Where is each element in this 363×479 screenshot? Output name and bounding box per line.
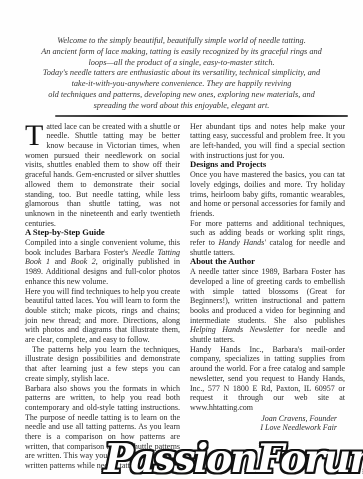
paragraph-text: atted lace can be created with a shuttle…: [25, 122, 180, 228]
signature-block: Joan Cravens, FounderI Love Needlework F…: [190, 414, 345, 433]
book-title: Book 2: [71, 257, 96, 266]
body-paragraph: Compiled into a single convenient volume…: [25, 238, 180, 287]
body-paragraph: The patterns help you learn the techniqu…: [25, 345, 180, 384]
body-paragraph: For more patterns and additional techniq…: [190, 219, 345, 258]
paragraph-text: and: [50, 257, 71, 266]
body-paragraph: Handy Hands Inc., Barbara's mail-order c…: [190, 345, 345, 413]
newsletter-name: Helping Hands Newsletter: [190, 325, 284, 334]
left-column: Tatted lace can be created with a shuttl…: [25, 122, 180, 471]
section-heading-step-by-step-guide: A Step-by-Step Guide: [25, 228, 180, 238]
section-heading-about-the-author: About the Author: [190, 257, 345, 267]
scanned-book-page: Welcome to the simply beautiful, beautif…: [0, 0, 363, 479]
signature-title: I Love Needlework Fair: [190, 423, 337, 433]
body-paragraph: Once you have mastered the basics, you c…: [190, 170, 345, 219]
right-column: Her abundant tips and notes help make yo…: [190, 122, 345, 471]
catalog-name: Handy Hands': [218, 238, 265, 247]
drop-cap: T: [25, 122, 46, 149]
signature-name: Joan Cravens, Founder: [190, 414, 337, 424]
section-divider-rule: [55, 115, 348, 117]
body-paragraph: Her abundant tips and notes help make yo…: [190, 122, 345, 161]
two-column-body: Tatted lace can be created with a shuttl…: [25, 122, 345, 471]
watermark-text: PassionForum.ru: [104, 436, 363, 479]
intro-quote: Welcome to the simply beautiful, beautif…: [17, 36, 347, 112]
section-heading-designs-and-projects: Designs and Projects: [190, 160, 345, 170]
body-paragraph: Here you will find techniques to help yo…: [25, 287, 180, 345]
body-paragraph: Tatted lace can be created with a shuttl…: [25, 122, 180, 229]
body-paragraph: A needle tatter since 1989, Barbara Fost…: [190, 267, 345, 345]
paragraph-text: A needle tatter since 1989, Barbara Fost…: [190, 267, 345, 325]
